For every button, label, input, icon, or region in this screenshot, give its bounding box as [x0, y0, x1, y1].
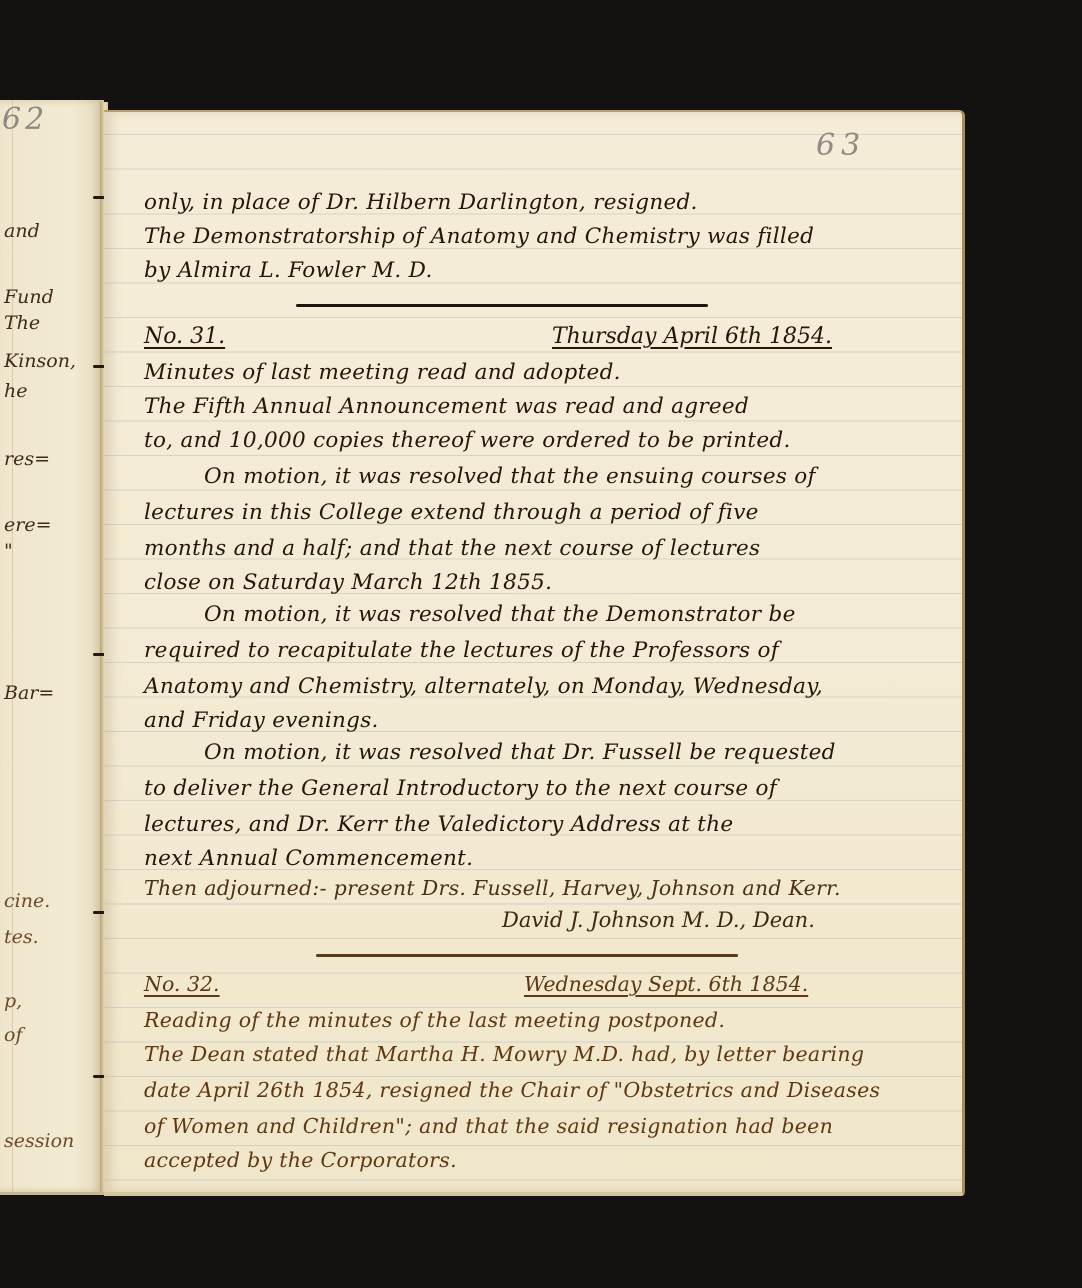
left-page-fragment-text: Bar=: [4, 682, 54, 704]
left-page-fragment-text: cine.: [4, 890, 50, 912]
minutes-line: Minutes of last meeting read and adopted…: [144, 360, 621, 385]
motion-line: and Friday evenings.: [144, 708, 379, 733]
motion-line: months and a half; and that the next cou…: [144, 536, 760, 561]
left-page-fragment-text: ": [4, 540, 13, 562]
continuation-line: by Almira L. Fowler M. D.: [144, 258, 433, 283]
minutes-line: to, and 10,000 copies thereof were order…: [144, 428, 791, 453]
continuation-line: The Demonstratorship of Anatomy and Chem…: [144, 224, 814, 249]
minutes-line: The Dean stated that Martha H. Mowry M.D…: [144, 1042, 864, 1066]
left-page-fragment-text: ere=: [4, 514, 52, 536]
motion-line: lectures, and Dr. Kerr the Valedictory A…: [144, 812, 733, 837]
left-page-fragment-text: p,: [4, 990, 22, 1012]
manuscript-page: 63 only, in place of Dr. Hilbern Darling…: [104, 110, 965, 1196]
left-page-number: 62: [2, 102, 48, 137]
minutes-line: accepted by the Corporators.: [144, 1148, 457, 1172]
motion-line: to deliver the General Introductory to t…: [144, 776, 777, 801]
motion-line: required to recapitulate the lectures of…: [144, 638, 779, 663]
dean-signature: David J. Johnson M. D., Dean.: [502, 908, 815, 932]
left-page-fragment-text: The: [4, 312, 40, 334]
left-page-fragment-text: session: [4, 1130, 74, 1152]
minutes-line: date April 26th 1854, resigned the Chair…: [144, 1078, 880, 1102]
meeting-date: Wednesday Sept. 6th 1854.: [524, 972, 808, 996]
motion-line: lectures in this College extend through …: [144, 500, 759, 525]
minutes-line: The Fifth Annual Announcement was read a…: [144, 394, 749, 419]
minutes-line: Reading of the minutes of the last meeti…: [144, 1008, 725, 1032]
meeting-number: No. 31.: [144, 324, 225, 349]
adjournment-line: Then adjourned:- present Drs. Fussell, H…: [144, 876, 841, 900]
left-page-fragment-text: of: [4, 1024, 22, 1046]
minutes-line: of Women and Children"; and that the sai…: [144, 1114, 833, 1138]
left-page-fragment-text: Fund: [4, 286, 54, 308]
section-separator: [296, 304, 708, 307]
page-number: 63: [816, 128, 866, 163]
left-page-fragment-text: res=: [4, 448, 50, 470]
motion-line: On motion, it was resolved that Dr. Fuss…: [204, 740, 836, 765]
continuation-line: only, in place of Dr. Hilbern Darlington…: [144, 190, 698, 215]
left-page-fragment-text: tes.: [4, 926, 39, 948]
motion-line: On motion, it was resolved that the ensu…: [204, 464, 816, 489]
left-page-fragment-text: he: [4, 380, 27, 402]
left-page-fragment: 62 andFundTheKinson,heres=ere="Bar=cine.…: [0, 100, 104, 1195]
left-page-fragment-text: Kinson,: [4, 350, 76, 372]
left-page-fragment-text: and: [4, 220, 40, 242]
motion-line: next Annual Commencement.: [144, 846, 473, 871]
motion-line: Anatomy and Chemistry, alternately, on M…: [144, 674, 823, 699]
meeting-date: Thursday April 6th 1854.: [552, 324, 832, 349]
meeting-number: No. 32.: [144, 972, 220, 996]
motion-line: close on Saturday March 12th 1855.: [144, 570, 552, 595]
section-separator: [316, 954, 738, 957]
motion-line: On motion, it was resolved that the Demo…: [204, 602, 796, 627]
